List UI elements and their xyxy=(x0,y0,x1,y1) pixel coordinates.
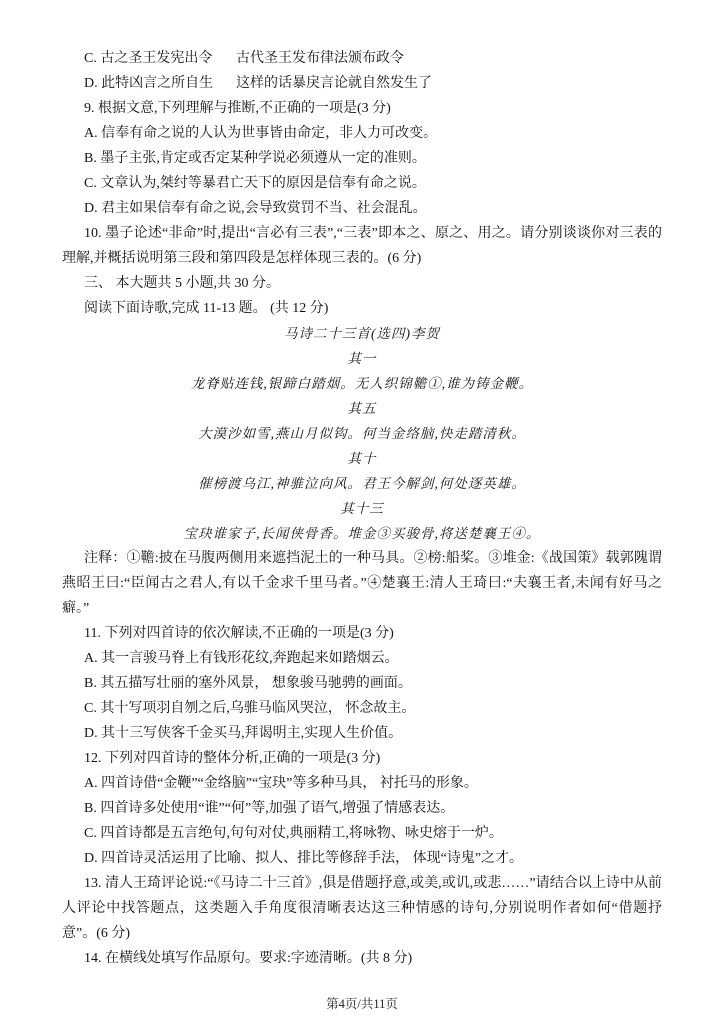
question-13-stem: 13. 清人王琦评论说:“《马诗二十三首》,俱是借题抒意,或美,或讥,或悲……”… xyxy=(62,871,662,946)
question-10-stem: 10. 墨子论述“非命”时,提出“言必有三表”,“三表”即本之、原之、用之。请分… xyxy=(62,221,662,271)
translation-pair-d: D. 此特凶言之所自生这样的话暴戾言论就自然发生了 xyxy=(62,71,662,96)
stanza-10-label: 其十 xyxy=(62,446,662,471)
question-9-stem: 9. 根据文意,下列理解与推断,不正确的一项是(3 分) xyxy=(62,96,662,121)
stanza-5-label: 其五 xyxy=(62,396,662,421)
question-11-option-b: B. 其五描写壮丽的塞外风景， 想象骏马驰骋的画面。 xyxy=(62,671,662,696)
question-11-stem: 11. 下列对四首诗的依次解读,不正确的一项是(3 分) xyxy=(62,621,662,646)
reading-instruction: 阅读下面诗歌,完成 11-13 题。 (共 12 分) xyxy=(62,296,662,321)
question-11-option-a: A. 其一言骏马脊上有钱形花纹,奔跑起来如踏烟云。 xyxy=(62,646,662,671)
question-14-stem: 14. 在横线处填写作品原句。要求:字迹清晰。(共 8 分) xyxy=(62,946,662,971)
translation-source-d: D. 此特凶言之所自生 xyxy=(84,71,236,96)
question-9-option-a: A. 信奉有命之说的人认为世事皆由命定，非人力可改变。 xyxy=(62,121,662,146)
stanza-13-label: 其十三 xyxy=(62,496,662,521)
question-9-option-d: D. 君主如果信奉有命之说,会导致赏罚不当、社会混乱。 xyxy=(62,196,662,221)
question-12-option-d: D. 四首诗灵活运用了比喻、拟人、排比等修辞手法， 体现“诗鬼”之才。 xyxy=(62,846,662,871)
translation-target-d: 这样的话暴戾言论就自然发生了 xyxy=(236,76,432,91)
question-12-stem: 12. 下列对四首诗的整体分析,正确的一项是(3 分) xyxy=(62,746,662,771)
question-11-option-c: C. 其十写项羽自刎之后,乌骓马临风哭泣， 怀念故主。 xyxy=(62,696,662,721)
question-9-option-b: B. 墨子主张,肯定或否定某种学说必须遵从一定的准则。 xyxy=(62,146,662,171)
poem-title: 马诗二十三首(选四)李贺 xyxy=(62,321,662,346)
stanza-5-text: 大漠沙如雪,燕山月似钩。何当金络脑,快走踏清秋。 xyxy=(62,421,662,446)
question-12-option-b: B. 四首诗多处使用“谁”“何”等,加强了语气,增强了情感表达。 xyxy=(62,796,662,821)
question-11-option-d: D. 其十三写侠客千金买马,拜谒明主,实现人生价值。 xyxy=(62,721,662,746)
page-content: C. 古之圣王发宪出令古代圣王发布律法颁布政令 D. 此特凶言之所自生这样的话暴… xyxy=(62,46,662,971)
translation-source-c: C. 古之圣王发宪出令 xyxy=(84,46,236,71)
question-9-option-c: C. 文章认为,桀纣等暴君亡天下的原因是信奉有命之说。 xyxy=(62,171,662,196)
translation-target-c: 古代圣王发布律法颁布政令 xyxy=(236,51,404,66)
stanza-1-text: 龙脊贴连钱,银蹄白踏烟。无人织锦韂①,谁为铸金鞭。 xyxy=(62,371,662,396)
section-3-heading: 三、 本大题共 5 小题,共 30 分。 xyxy=(62,271,662,296)
stanza-13-text: 宝玦谁家子,长闻侠骨香。堆金③买骏骨,将送楚襄王④。 xyxy=(62,521,662,546)
question-12-option-a: A. 四首诗借“金鞭”“金络脑”“宝玦”等多种马具， 衬托马的形象。 xyxy=(62,771,662,796)
question-12-option-c: C. 四首诗都是五言绝句,句句对仗,典丽精工,将咏物、咏史熔于一炉。 xyxy=(62,821,662,846)
stanza-10-text: 催榜渡乌江,神骓泣向风。君王今解剑,何处逐英雄。 xyxy=(62,471,662,496)
page-number-footer: 第4页/共11页 xyxy=(0,994,724,1012)
translation-pair-c: C. 古之圣王发宪出令古代圣王发布律法颁布政令 xyxy=(62,46,662,71)
stanza-1-label: 其一 xyxy=(62,346,662,371)
exam-paper-page: C. 古之圣王发宪出令古代圣王发布律法颁布政令 D. 此特凶言之所自生这样的话暴… xyxy=(0,0,724,1024)
poem-notes: 注释：①韂:披在马腹两侧用来遮挡泥土的一种马具。②榜:船桨。③堆金:《战国策》载… xyxy=(62,546,662,621)
